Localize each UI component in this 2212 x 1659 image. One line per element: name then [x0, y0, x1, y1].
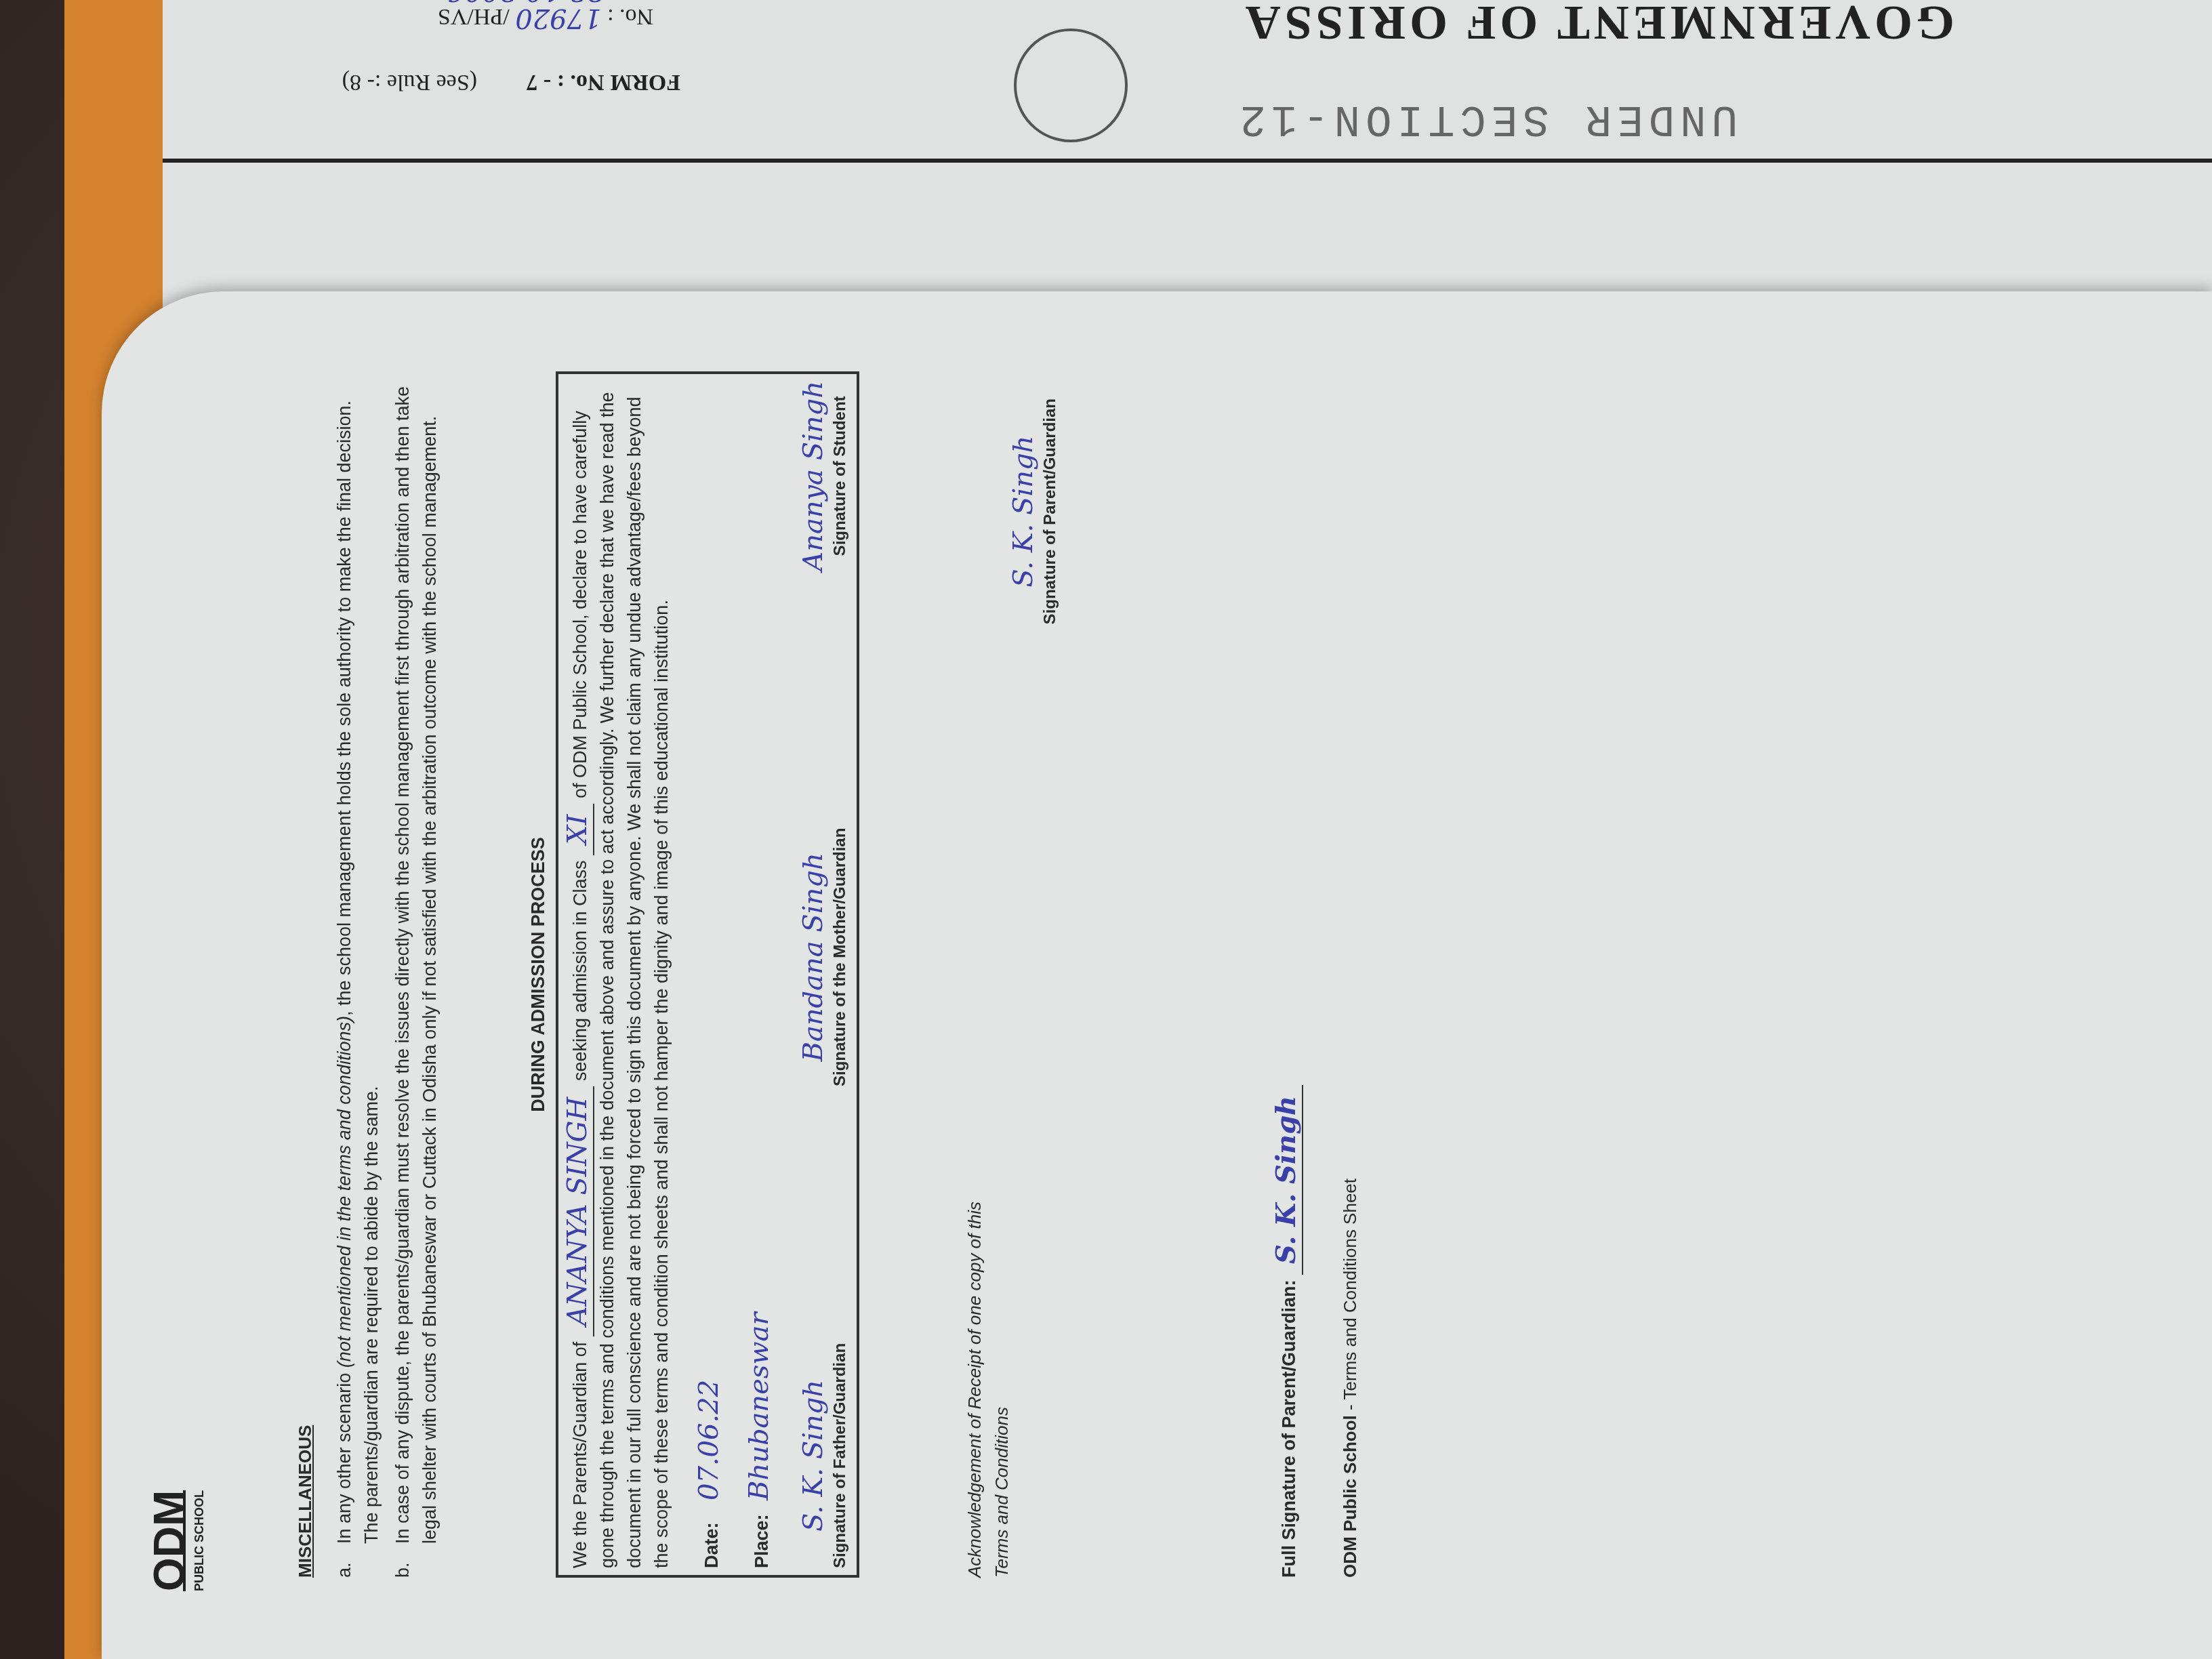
item-text: In case of any dispute, the parents/guar…: [389, 371, 443, 1544]
perforation-line: [163, 146, 2212, 163]
mother-signature: Bandana Singh Signature of the Mother/Gu…: [800, 828, 854, 1086]
no-label: No. : 17920 /PH/VS: [438, 3, 653, 34]
class-field[interactable]: XI: [562, 804, 594, 855]
signature-caption: Signature of the Mother/Guardian: [827, 828, 854, 1086]
full-signature-line: Full Signature of Parent/Guardian: S. K.…: [1273, 371, 1303, 1578]
signature-row: S. K. Singh Signature of Father/Guardian…: [800, 381, 854, 1568]
date-label: Date:: [698, 1514, 725, 1568]
full-signature-field[interactable]: S. K. Singh: [1270, 1085, 1303, 1275]
section-stamp: UNDER SECTION-12: [1235, 94, 1738, 142]
signature-caption: Signature of Parent/Guardian: [1037, 398, 1064, 624]
declaration-text: We the Parents/Guardian of ANANYA SINGH …: [564, 381, 675, 1568]
no-suffix: /PH/VS: [438, 4, 510, 29]
government-form: GOVERNMENT OF ORISSA DEPARTMENT OF HEALT…: [163, 0, 2212, 319]
father-signature: S. K. Singh Signature of Father/Guardian: [800, 1343, 854, 1568]
item-label: b.: [389, 1544, 443, 1578]
gov-title: GOVERNMENT OF ORISSA: [1242, 0, 1954, 51]
declaration-box: We the Parents/Guardian of ANANYA SINGH …: [556, 371, 859, 1578]
admission-heading: DURING ADMISSION PROCESS: [525, 371, 552, 1578]
form-number: FORM No. : - 7: [526, 69, 680, 95]
place-row: Place: Bhubaneswar: [745, 381, 775, 1568]
item-text-a2: (not mentioned in the terms and conditio…: [334, 1016, 354, 1368]
student-signature: Ananya Singh Signature of Student: [800, 381, 854, 571]
signature-caption: Signature of Father/Guardian: [827, 1343, 854, 1568]
form-rule: (See Rule :- 8): [342, 69, 477, 95]
document-body: ODM PUBLIC SCHOOL MISCELLANEOUS a. In an…: [291, 371, 1364, 1578]
date-field: Date 23-10-2006: [448, 0, 653, 7]
logo-subtext: PUBLIC SCHOOL: [183, 1490, 213, 1591]
decl-middle: seeking admission in Class: [570, 860, 590, 1081]
no-value: 17920: [515, 3, 601, 34]
full-signature-label: Full Signature of Parent/Guardian:: [1279, 1279, 1299, 1578]
misc-heading: MISCELLANEOUS: [291, 371, 319, 1578]
item-text: In any other scenario (not mentioned in …: [331, 371, 385, 1544]
date-value: 23-10-2006: [448, 0, 605, 7]
signature-value[interactable]: S. K. Singh: [800, 1343, 827, 1568]
government-seal-icon: [1014, 28, 1128, 142]
place-field[interactable]: Bhubaneswar: [745, 1312, 773, 1500]
page-footer: ODM Public School - Terms and Conditions…: [1336, 371, 1364, 1578]
date-row: Date: 07.06.22: [695, 381, 725, 1568]
place-label: Place:: [748, 1514, 775, 1568]
odm-logo: ODM PUBLIC SCHOOL: [156, 1490, 213, 1591]
student-name-field[interactable]: ANANYA SINGH: [562, 1086, 594, 1337]
signature-value[interactable]: S. K. Singh: [1010, 398, 1037, 624]
parent-signature: S. K. Singh Signature of Parent/Guardian: [1010, 398, 1064, 624]
footer-title: - Terms and Conditions Sheet: [1340, 1179, 1360, 1415]
no-label-text: No. :: [607, 4, 653, 29]
misc-item-b: b. In case of any dispute, the parents/g…: [389, 371, 443, 1578]
date-label: Date: [610, 0, 653, 2]
date-field[interactable]: 07.06.22: [695, 1380, 722, 1500]
item-label: a.: [331, 1544, 385, 1578]
odm-terms-page: ODM PUBLIC SCHOOL MISCELLANEOUS a. In an…: [102, 291, 2212, 1659]
decl-prefix: We the Parents/Guardian of: [570, 1342, 590, 1568]
footer-school: ODM Public School: [1340, 1415, 1360, 1578]
item-text-a1: In any other scenario: [334, 1368, 354, 1544]
signature-caption: Signature of Student: [827, 381, 854, 571]
signature-value[interactable]: Bandana Singh: [800, 828, 827, 1086]
acknowledgement-text: Acknowledgement of Receipt of one copy o…: [961, 1198, 1015, 1578]
misc-item-a: a. In any other scenario (not mentioned …: [331, 371, 385, 1578]
signature-value[interactable]: Ananya Singh: [800, 381, 827, 571]
